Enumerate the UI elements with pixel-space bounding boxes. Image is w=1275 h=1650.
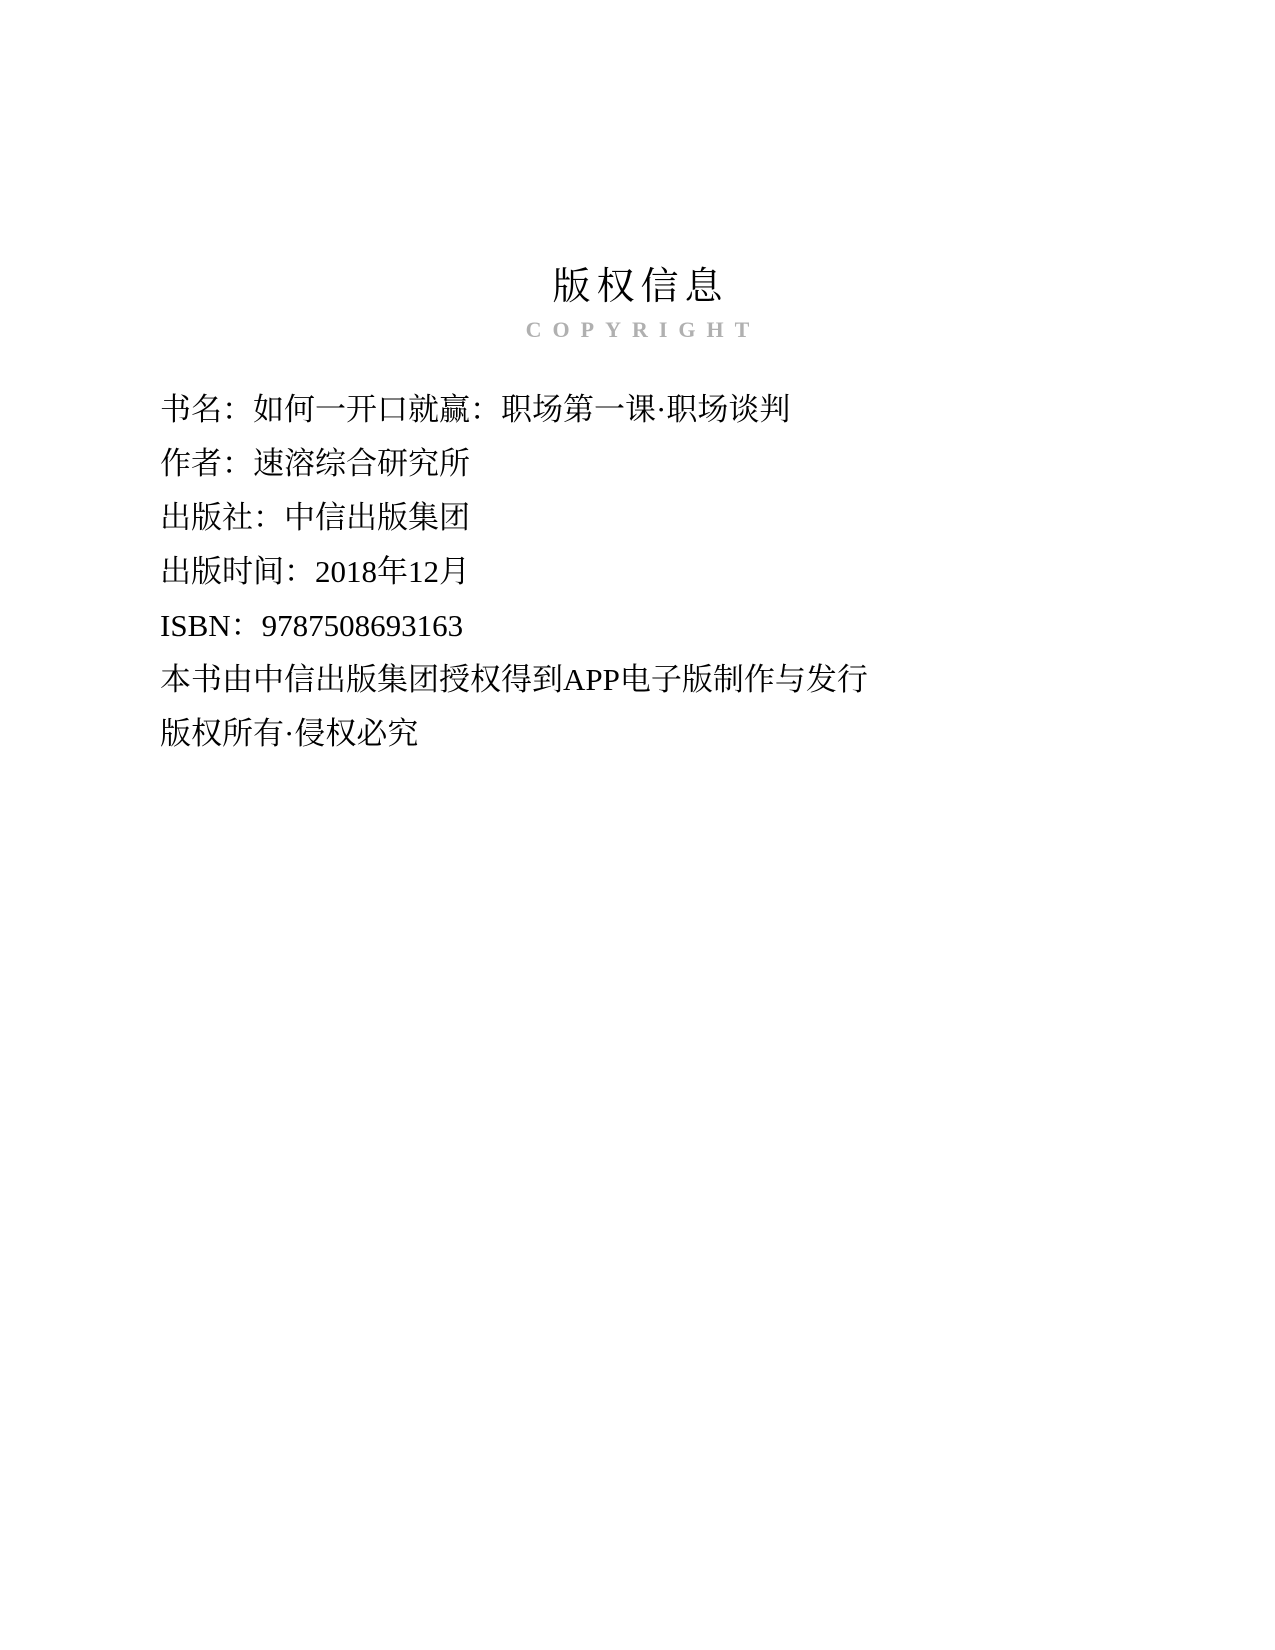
book-title-line: 书名：如何一开口就赢：职场第一课·职场谈判: [160, 383, 1175, 437]
page-subtitle: COPYRIGHT: [0, 319, 1275, 341]
copyright-page: 版权信息 COPYRIGHT 书名：如何一开口就赢：职场第一课·职场谈判 作者：…: [0, 0, 1275, 1650]
page-title: 版权信息: [0, 0, 1275, 306]
publisher-line: 出版社：中信出版集团: [160, 491, 1175, 545]
author-line: 作者：速溶综合研究所: [160, 437, 1175, 491]
rights-line: 版权所有·侵权必究: [160, 707, 1175, 761]
publish-date-line: 出版时间：2018年12月: [160, 545, 1175, 599]
publication-info: 书名：如何一开口就赢：职场第一课·职场谈判 作者：速溶综合研究所 出版社：中信出…: [0, 383, 1275, 761]
license-line: 本书由中信出版集团授权得到APP电子版制作与发行: [160, 653, 1175, 707]
isbn-line: ISBN：9787508693163: [160, 599, 1175, 653]
